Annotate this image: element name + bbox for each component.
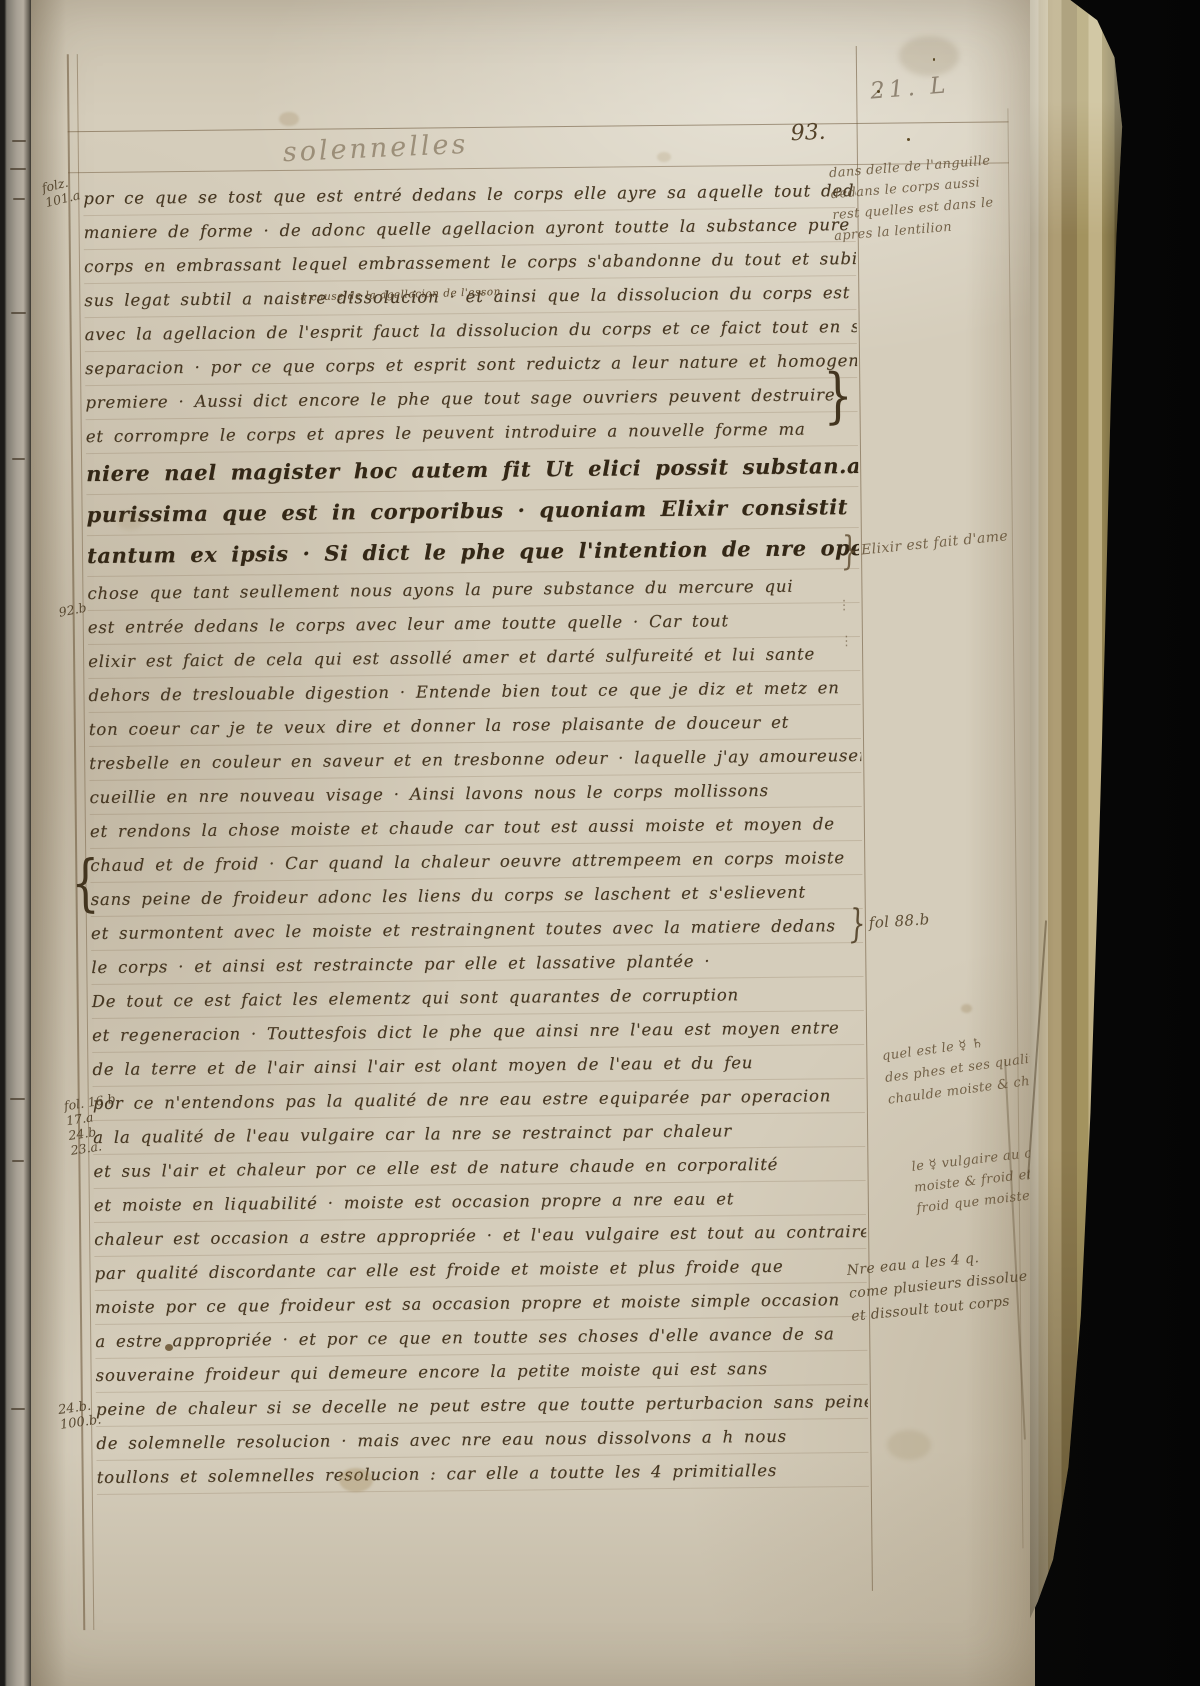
foxing-stain — [899, 36, 959, 76]
brace-icon: } — [839, 528, 863, 575]
prev-page-rule-mark — [10, 1098, 25, 1100]
book-fore-edge — [1030, 0, 1126, 1686]
prev-page-rule-mark — [12, 458, 25, 460]
margin-note-elixir: }Elixir est fait d'ame — [840, 521, 1010, 567]
prev-page-rule-mark — [11, 312, 26, 314]
foxing-stain — [339, 1468, 373, 1492]
prev-page-rule-mark — [12, 1160, 24, 1162]
prev-page-rule-mark — [11, 1408, 25, 1410]
margin-note-folio-ref: }fol 88.b — [848, 905, 930, 940]
margin-citation-folio: folz.101.a — [40, 173, 81, 210]
latin-passage-brace: } — [823, 360, 853, 431]
margin-citation-bottom: 24.b.100.b. — [57, 1398, 102, 1433]
margin-note-top: dans delle de l'anguillededans le corps … — [828, 147, 1034, 247]
far-right-rule — [1007, 108, 1023, 1548]
foxing-stain — [117, 512, 143, 530]
ink-speck — [933, 58, 935, 61]
top-frame-rule — [68, 121, 1009, 132]
margin-dots: ⋮ — [838, 598, 853, 613]
ink-speck — [907, 138, 910, 141]
margin-citation-block: fol. 16.b.17.a24.b.23.a. — [63, 1090, 127, 1158]
pencil-foliation: 21. L — [869, 72, 950, 104]
margin-dots: ⋮ — [840, 634, 855, 649]
prev-page-rule-mark — [12, 140, 26, 142]
margin-note-text: Elixir est fait d'ame — [860, 528, 1008, 558]
ink-speck — [877, 90, 880, 93]
foxing-stain — [657, 152, 671, 162]
ink-spot — [165, 1344, 173, 1351]
foxing-stain — [279, 112, 299, 126]
left-frame-rule — [67, 54, 85, 1630]
brace-icon: } — [848, 902, 871, 948]
running-header: solennelles — [282, 129, 469, 168]
body-text-block: por ce que se tost que est entré dedans … — [83, 174, 869, 1495]
previous-page-edge — [0, 0, 31, 1686]
margin-note-our-water: Nre eau a les 4 q.come plusieurs dissolu… — [846, 1243, 1031, 1329]
prev-page-rule-mark — [13, 198, 25, 200]
folio-number: 93. — [790, 120, 826, 147]
left-brace-mark: { — [71, 848, 100, 920]
prev-page-rule-mark — [10, 168, 26, 170]
foxing-stain — [961, 1004, 972, 1013]
margin-note-text: fol 88.b — [868, 910, 930, 932]
manuscript-page: 21. L solennelles 93. por ce que se tost… — [31, 0, 1035, 1686]
body-text-line: toullons et solemnelles resolucion : car… — [97, 1453, 869, 1495]
foxing-stain — [887, 1430, 931, 1460]
fore-edge-shading — [1030, 0, 1126, 1686]
